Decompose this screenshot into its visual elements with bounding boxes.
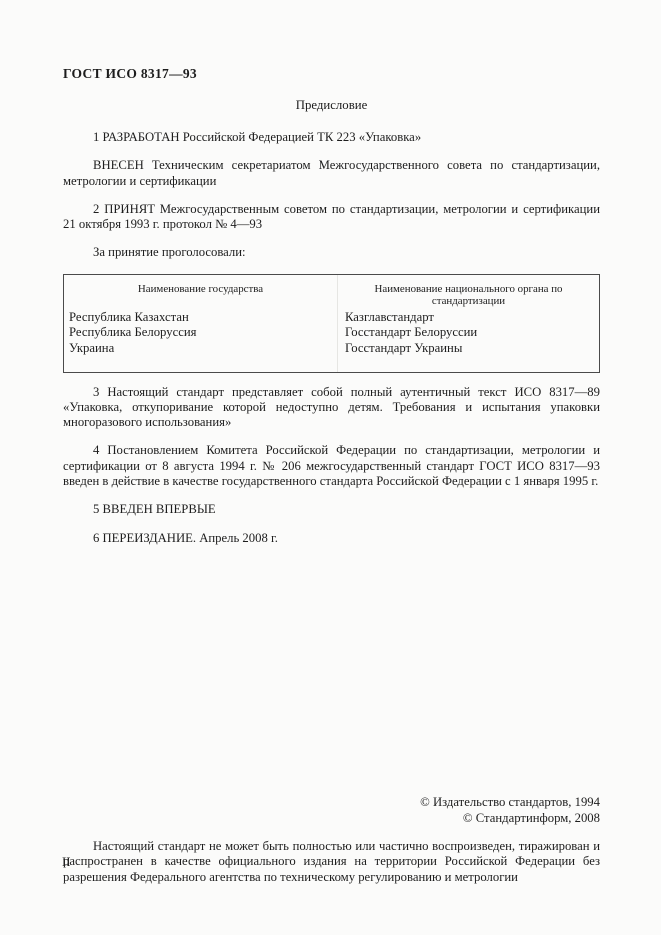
table-cell-state: Республика Казахстан [64,310,337,326]
doc-code: ГОСТ ИСО 8317—93 [63,66,600,82]
page-number: II [62,855,70,870]
vote-table-column-state: Наименование государства Республика Каза… [64,275,337,372]
footer-reproduction-notice: Настоящий стандарт не может быть полност… [63,839,600,885]
paragraph-prinyat: 2 ПРИНЯТ Межгосударственным советом по с… [63,202,600,233]
copyright-block: © Издательство стандартов, 1994 © Станда… [63,795,600,826]
copyright-line-izdatelstvo: © Издательство стандартов, 1994 [63,795,600,811]
copyright-line-standartinform: © Стандартинформ, 2008 [63,811,600,827]
table-header-state: Наименование государства [64,275,337,310]
paragraph-vveden: 5 ВВЕДЕН ВПЕРВЫЕ [63,502,600,517]
paragraph-vnesen: ВНЕСЕН Техническим секретариатом Межгосу… [63,158,600,189]
vote-table: Наименование государства Республика Каза… [63,274,600,373]
table-cell-org: Госстандарт Белоруссии [338,325,599,341]
table-cell-state: Украина [64,341,337,357]
paragraph-postanovlenie: 4 Постановлением Комитета Российской Фед… [63,443,600,489]
table-cell-org: Госстандарт Украины [338,341,599,357]
table-header-org: Наименование национального органа по ста… [338,275,599,310]
paragraph-authentic-text: 3 Настоящий стандарт представляет собой … [63,385,600,431]
paragraph-pereizdanie: 6 ПЕРЕИЗДАНИЕ. Апрель 2008 г. [63,531,600,546]
document-page: ГОСТ ИСО 8317—93 Предисловие 1 РАЗРАБОТА… [0,0,661,935]
paragraph-vote-intro: За принятие проголосовали: [63,245,600,260]
paragraph-razrabotan: 1 РАЗРАБОТАН Российской Федерацией ТК 22… [63,130,600,145]
table-cell-org: Казглавстандарт [338,310,599,326]
preface-title: Предисловие [63,98,600,113]
vote-table-column-org: Наименование национального органа по ста… [337,275,599,372]
table-cell-state: Республика Белоруссия [64,325,337,341]
